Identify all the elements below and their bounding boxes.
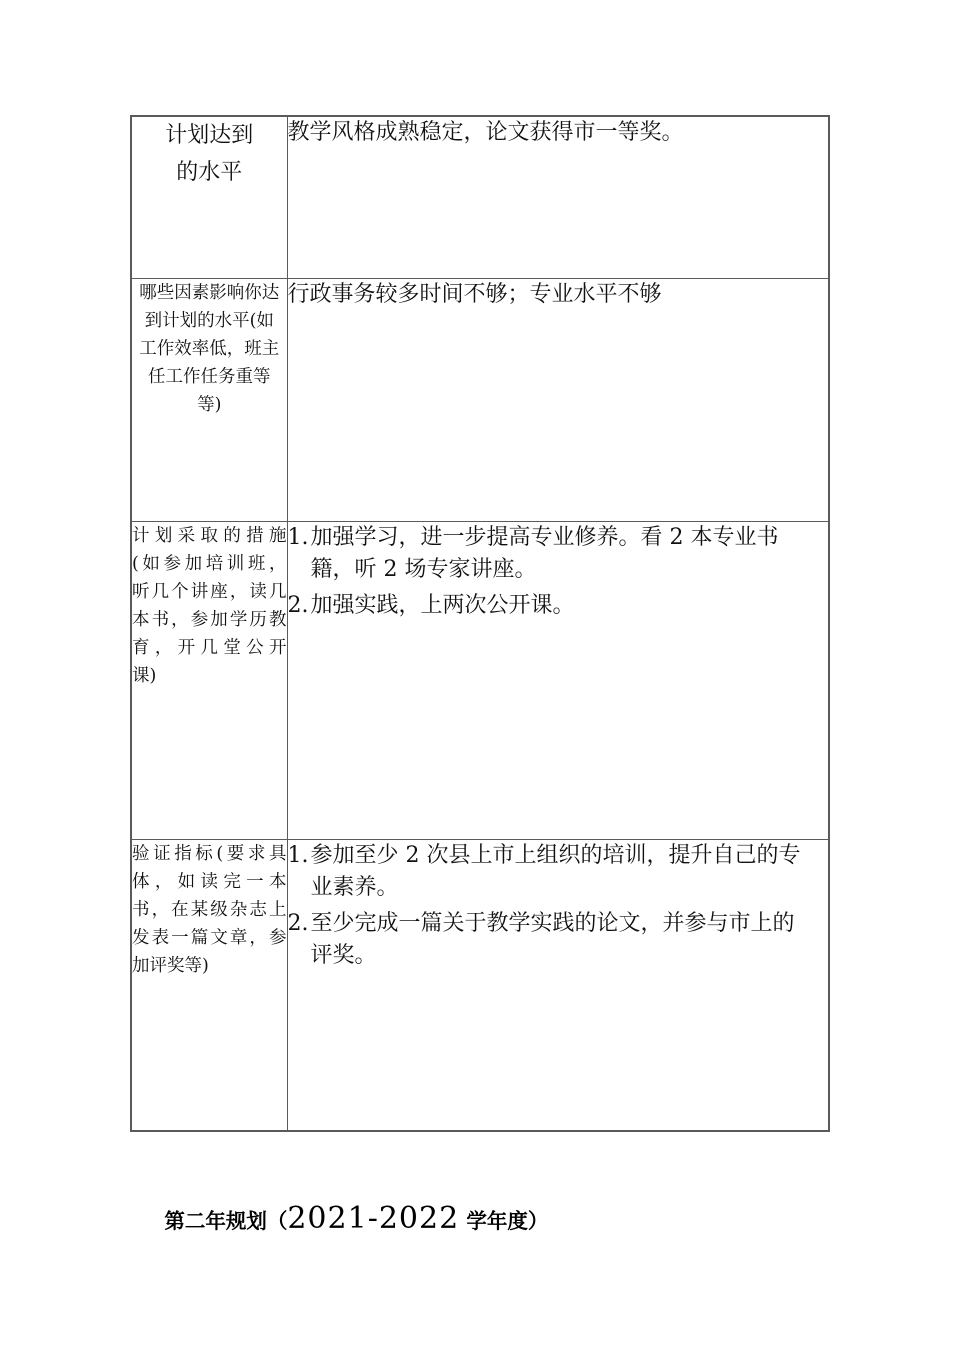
row-label-planned-measures: 计划采取的措施 (如参加培训班， 听几个讲座，读几 本书，参加学历教 育，开几堂… (131, 521, 287, 839)
list-item-number: 1. (288, 522, 311, 586)
content-text: 行政事务较多时间不够；专业水平不够 (288, 279, 829, 311)
label-line: 等) (132, 391, 287, 419)
label-line: 工作效率低，班主 (132, 335, 287, 363)
cell-planned-measures-content: 1. 加强学习，进一步提高专业修养。看 2 本专业书 籍，听 2 场专家讲座。 … (287, 521, 829, 839)
label-line: 计划达到 (132, 117, 287, 154)
list-item-text: 参加至少 2 次县上市上组织的培训，提升自己的专 业素养。 (311, 840, 829, 904)
list-item-text: 加强学习，进一步提高专业修养。看 2 本专业书 籍，听 2 场专家讲座。 (311, 522, 829, 586)
list-item-text: 至少完成一篇关于教学实践的论文，并参与市上的 评奖。 (311, 908, 829, 972)
label-line: 加评奖等) (132, 952, 287, 980)
label-line: 本书，参加学历教 (132, 606, 287, 634)
heading-suffix: 学年度 (459, 1209, 528, 1233)
table-row-influencing-factors: 哪些因素影响你达 到计划的水平(如 工作效率低，班主 任工作任务重等 等) 行政… (131, 278, 829, 521)
row-label-verification-metrics: 验证指标(要求具 体，如读完一本 书，在某级杂志上 发表一篇文章，参 加评奖等) (131, 839, 287, 1131)
label-line: 育，开几堂公开 (132, 634, 287, 662)
table-row-planned-measures: 计划采取的措施 (如参加培训班， 听几个讲座，读几 本书，参加学历教 育，开几堂… (131, 521, 829, 839)
cell-planned-level-content: 教学风格成熟稳定，论文获得市一等奖。 (287, 116, 829, 278)
row-label-planned-level: 计划达到 的水平 (131, 116, 287, 278)
heading-year-range: 2021-2022 (287, 1201, 459, 1236)
label-line: 验证指标(要求具 (132, 840, 287, 868)
label-line: 听几个讲座，读几 (132, 578, 287, 606)
development-plan-table: 计划达到 的水平 教学风格成熟稳定，论文获得市一等奖。 哪些因素影响你达 到计划… (130, 115, 830, 1132)
table-row-verification-metrics: 验证指标(要求具 体，如读完一本 书，在某级杂志上 发表一篇文章，参 加评奖等)… (131, 839, 829, 1131)
document-page: 计划达到 的水平 教学风格成熟稳定，论文获得市一等奖。 哪些因素影响你达 到计划… (0, 0, 960, 1357)
label-line: 发表一篇文章，参 (132, 924, 287, 952)
cell-verification-metrics-content: 1. 参加至少 2 次县上市上组织的培训，提升自己的专 业素养。 2. 至少完成… (287, 839, 829, 1131)
content-text: 教学风格成熟稳定，论文获得市一等奖。 (288, 117, 829, 149)
label-line: 课) (132, 662, 287, 690)
numbered-list-item: 2. 至少完成一篇关于教学实践的论文，并参与市上的 评奖。 (288, 908, 829, 972)
second-year-plan-heading: 第二年规划（2021-2022 学年度） (144, 1182, 548, 1255)
list-item-text: 加强实践，上两次公开课。 (311, 590, 829, 622)
table-row-planned-level: 计划达到 的水平 教学风格成熟稳定，论文获得市一等奖。 (131, 116, 829, 278)
label-line: (如参加培训班， (132, 550, 287, 578)
numbered-list-item: 1. 加强学习，进一步提高专业修养。看 2 本专业书 籍，听 2 场专家讲座。 (288, 522, 829, 586)
list-item-number: 1. (288, 840, 311, 904)
label-line: 体，如读完一本 (132, 868, 287, 896)
row-label-influencing-factors: 哪些因素影响你达 到计划的水平(如 工作效率低，班主 任工作任务重等 等) (131, 278, 287, 521)
heading-paren-open: （ (267, 1209, 288, 1233)
heading-prefix: 第二年规划 (164, 1209, 267, 1233)
list-item-number: 2. (288, 908, 311, 972)
numbered-list-item: 2. 加强实践，上两次公开课。 (288, 590, 829, 622)
label-line: 的水平 (132, 154, 287, 191)
cell-influencing-factors-content: 行政事务较多时间不够；专业水平不够 (287, 278, 829, 521)
heading-paren-close: ） (528, 1209, 549, 1233)
label-line: 书，在某级杂志上 (132, 896, 287, 924)
numbered-list-item: 1. 参加至少 2 次县上市上组织的培训，提升自己的专 业素养。 (288, 840, 829, 904)
label-line: 计划采取的措施 (132, 522, 287, 550)
label-line: 哪些因素影响你达 (132, 279, 287, 307)
list-item-number: 2. (288, 590, 311, 622)
label-line: 到计划的水平(如 (132, 307, 287, 335)
label-line: 任工作任务重等 (132, 363, 287, 391)
